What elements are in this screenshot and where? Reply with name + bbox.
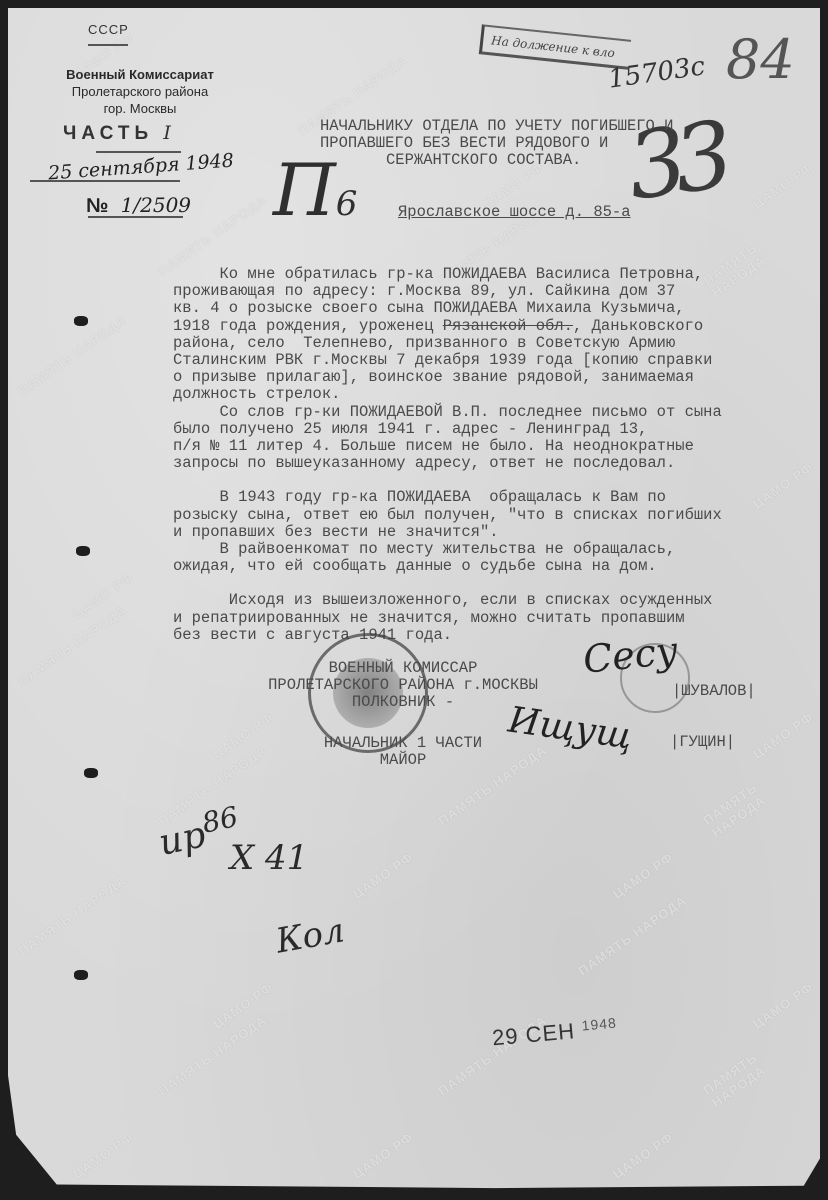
header-country: СССР <box>88 22 129 37</box>
body-line: Ко мне обратилась гр-ка ПОЖИДАЕВА Васили… <box>173 266 813 283</box>
body-line: ожидая, что ей сообщать данные о судьбе … <box>173 558 813 575</box>
body-line: В 1943 году гр-ка ПОЖИДАЕВА обращалась к… <box>173 489 813 506</box>
handwritten-page-number: 84 <box>726 28 795 91</box>
signatory-name-shuvalov: |ШУВАЛОВ| <box>672 682 756 700</box>
note-superscript: 86 <box>199 800 241 840</box>
header-org-line3: гор. Москвы <box>30 100 250 117</box>
body-line: Исходя из вышеизложенного, если в списка… <box>173 592 813 609</box>
body-line: о призыве прилагаю], воинское звание ряд… <box>173 369 813 386</box>
document-page: ЦАМО РФ ПАМЯТЬ НАРОДА ЦАМО РФ ПАМЯТЬ НАР… <box>8 8 820 1194</box>
body-line: и пропавших без вести не значится". <box>173 524 813 541</box>
body-line: проживающая по адресу: г.Москва 89, ул. … <box>173 283 813 300</box>
divider <box>88 44 128 46</box>
header-organization: Военный Комиссариат Пролетарского района… <box>30 66 250 117</box>
header-part-value: I <box>163 122 171 144</box>
body-line: должность стрелок. <box>173 386 813 403</box>
signatory-title-line: ВОЕННЫЙ КОМИССАР <box>248 660 558 677</box>
addressee-line3: СЕРЖАНТСКОГО СОСТАВА. <box>320 152 673 169</box>
signatory-name-gushchin: |ГУЩИН| <box>670 733 735 751</box>
watermark-archive: ЦАМО РФ <box>70 1129 136 1181</box>
signatory-title-line: МАЙОР <box>248 752 558 769</box>
body-line: и репатриированных не значится, можно сч… <box>173 610 813 627</box>
divider <box>88 216 183 218</box>
letter-mark-sub: 6 <box>336 184 358 224</box>
paragraph-gap <box>173 472 813 489</box>
body-line: В райвоенкомат по месту жительства не об… <box>173 541 813 558</box>
struck-text: Рязанской обл. <box>443 317 573 335</box>
watermark-archive: ЦАМО РФ <box>750 159 816 211</box>
addressee-line1: НАЧАЛЬНИКУ ОТДЕЛА ПО УЧЕТУ ПОГИБШЕГО И <box>320 118 673 135</box>
header-org-line1: Военный Комиссариат <box>30 66 250 83</box>
addressee-address: Ярославское шоссе д. 85-а <box>398 203 631 221</box>
addressee-line2: ПРОПАВШЕГО БЕЗ ВЕСТИ РЯДОВОГО И <box>320 135 673 152</box>
watermark-portal: ПАМЯТЬ НАРОДА <box>15 602 129 688</box>
punch-hole <box>74 316 88 326</box>
letter-body: Ко мне обратилась гр-ка ПОЖИДАЕВА Васили… <box>173 266 813 644</box>
received-year: 1948 <box>581 1015 617 1034</box>
body-line: было получено 25 июля 1941 г. адрес - Ле… <box>173 421 813 438</box>
signatory-title-line: ПРОЛЕТАРСКОГО РАЙОНА г.МОСКВЫ <box>248 677 558 694</box>
handwritten-note-date: X 41 <box>230 838 308 878</box>
punch-hole <box>76 546 90 556</box>
number-sign: № <box>86 195 108 217</box>
divider <box>96 151 181 153</box>
header-org-line2: Пролетарского района <box>30 83 250 100</box>
header-number-value: 1/2509 <box>121 193 191 217</box>
header-part-label: ЧАСТЬ <box>63 123 153 144</box>
watermark-portal: ПАМЯТЬ НАРОДА <box>575 892 689 978</box>
body-line: 1918 года рождения, уроженец Рязанской о… <box>173 318 813 335</box>
watermark-archive: ЦАМО РФ <box>610 849 676 901</box>
watermark-portal: ПАМЯТЬ НАРОДА <box>155 1012 269 1098</box>
punch-hole <box>84 768 98 778</box>
body-line: п/я № 11 литер 4. Больше писем не было. … <box>173 438 813 455</box>
body-line: Сталинским РВК г.Москвы 7 декабря 1939 г… <box>173 352 813 369</box>
handwritten-note-initials: Кол <box>273 910 347 961</box>
body-line: района, село Телепнево, призванного в Со… <box>173 335 813 352</box>
watermark-portal: ПАМЯТЬ НАРОДА <box>15 872 129 958</box>
received-date-stamp: 29 СЕН 1948 <box>491 1015 618 1052</box>
divider <box>30 180 180 182</box>
watermark-archive: ЦАМО РФ <box>610 1129 676 1181</box>
paragraph-gap <box>173 575 813 592</box>
addressee-block: НАЧАЛЬНИКУ ОТДЕЛА ПО УЧЕТУ ПОГИБШЕГО И П… <box>320 118 673 169</box>
watermark-archive: ЦАМО РФ <box>350 849 416 901</box>
received-date: 29 СЕН <box>491 1018 576 1050</box>
body-line: Со слов гр-ки ПОЖИДАЕВОЙ В.П. последнее … <box>173 404 813 421</box>
body-line: запросы по вышеуказанному адресу, ответ … <box>173 455 813 472</box>
body-line: розыску сына, ответ ею был получен, "что… <box>173 507 813 524</box>
body-line: кв. 4 о розыске своего сына ПОЖИДАЕВА Ми… <box>173 300 813 317</box>
body-text-segment: 1918 года рождения, уроженец <box>173 317 443 335</box>
watermark-portal: ПАМЯТЬ НАРОДА <box>15 312 129 398</box>
header-number: № 1/2509 <box>86 193 191 218</box>
body-text-segment: , Даньковского <box>573 317 703 335</box>
header-part: ЧАСТЬ I <box>63 122 171 145</box>
watermark-archive: ЦАМО РФ <box>350 1129 416 1181</box>
punch-hole <box>74 970 88 980</box>
rectangular-stamp: На должение к вло <box>479 24 631 70</box>
body-line: без вести с августа 1941 года. <box>173 627 813 644</box>
